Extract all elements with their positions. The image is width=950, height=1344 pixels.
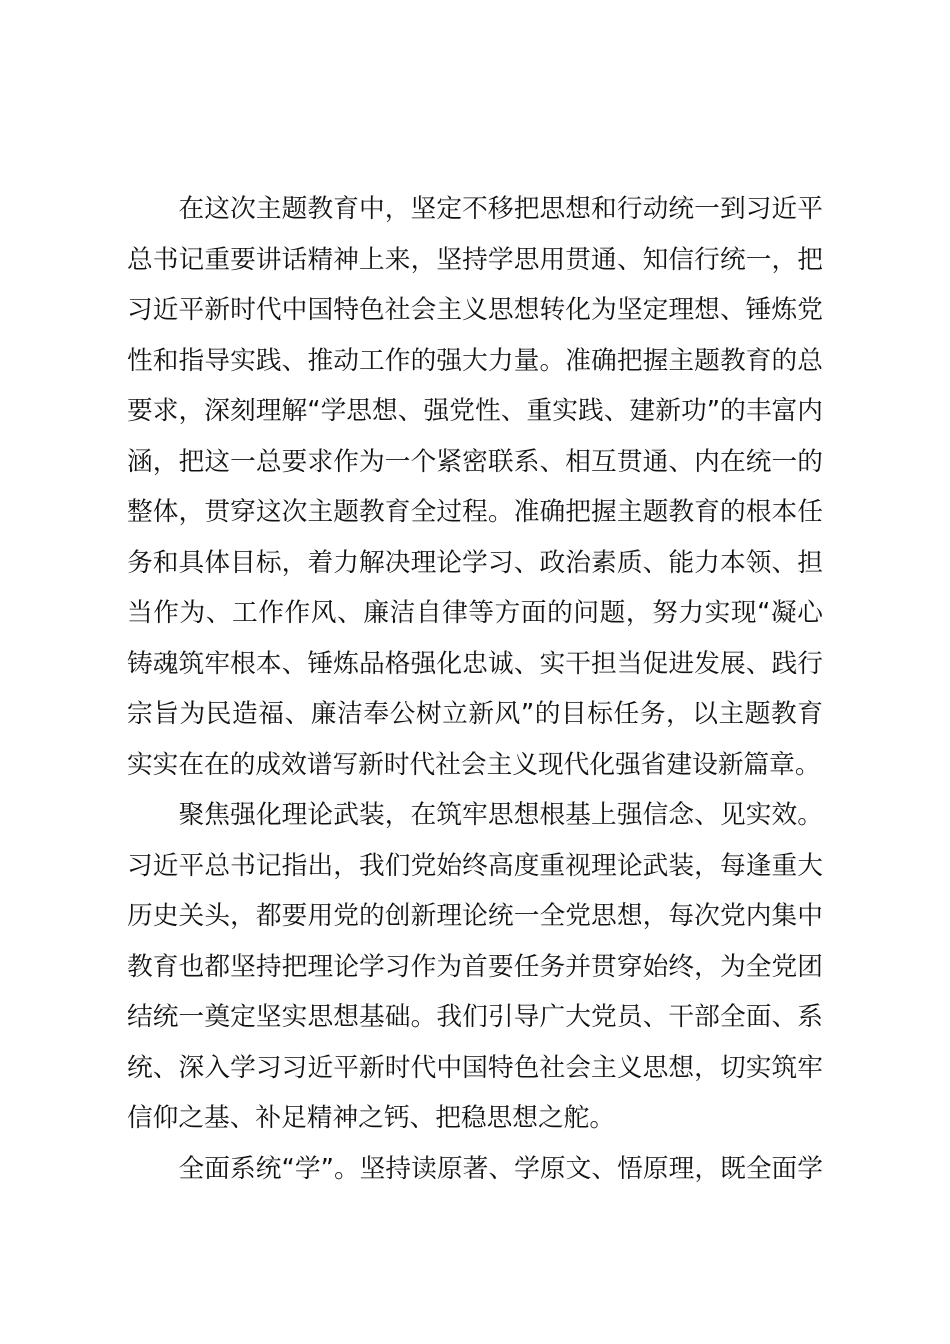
text-line: 历史关头，都要用党的创新理论统一全党思想，每次党内集中 <box>127 891 823 942</box>
text-line: 要求，深刻理解“学思想、强党性、重实践、建新功”的丰富内 <box>127 386 823 437</box>
text-line: 总书记重要讲话精神上来，坚持学思用贯通、知信行统一，把 <box>127 235 823 286</box>
text-line: 性和指导实践、推动工作的强大力量。准确把握主题教育的总 <box>127 336 823 387</box>
text-line: 涵，把这一总要求作为一个紧密联系、相互贯通、内在统一的 <box>127 437 823 488</box>
paragraph-theme-education: 在这次主题教育中，坚定不移把思想和行动统一到习近平 总书记重要讲话精神上来，坚持… <box>127 184 823 790</box>
text-line: 实实在在的成效谱写新时代社会主义现代化强省建设新篇章。 <box>127 740 823 791</box>
document-body: 在这次主题教育中，坚定不移把思想和行动统一到习近平 总书记重要讲话精神上来，坚持… <box>127 184 823 1194</box>
text-line: 习近平总书记指出，我们党始终高度重视理论武装，每逢重大 <box>127 841 823 892</box>
text-line: 在这次主题教育中，坚定不移把思想和行动统一到习近平 <box>127 184 823 235</box>
text-line: 习近平新时代中国特色社会主义思想转化为坚定理想、锤炼党 <box>127 285 823 336</box>
text-line: 信仰之基、补足精神之钙、把稳思想之舵。 <box>127 1093 823 1144</box>
text-line: 教育也都坚持把理论学习作为首要任务并贯穿始终，为全党团 <box>127 942 823 993</box>
text-line: 当作为、工作作风、廉洁自律等方面的问题，努力实现“凝心 <box>127 588 823 639</box>
paragraph-theory-armament: 聚焦强化理论武装，在筑牢思想根基上强信念、见实效。 习近平总书记指出，我们党始终… <box>127 790 823 1144</box>
text-line: 务和具体目标，着力解决理论学习、政治素质、能力本领、担 <box>127 538 823 589</box>
document-page: 在这次主题教育中，坚定不移把思想和行动统一到习近平 总书记重要讲话精神上来，坚持… <box>0 0 950 1344</box>
text-line: 统、深入学习习近平新时代中国特色社会主义思想，切实筑牢 <box>127 1043 823 1094</box>
text-line: 铸魂筑牢根本、锤炼品格强化忠诚、实干担当促进发展、践行 <box>127 639 823 690</box>
text-line: 全面系统“学”。坚持读原著、学原文、悟原理，既全面学 <box>127 1144 823 1195</box>
text-line: 聚焦强化理论武装，在筑牢思想根基上强信念、见实效。 <box>127 790 823 841</box>
text-line: 整体，贯穿这次主题教育全过程。准确把握主题教育的根本任 <box>127 487 823 538</box>
text-line: 结统一奠定坚实思想基础。我们引导广大党员、干部全面、系 <box>127 992 823 1043</box>
text-line: 宗旨为民造福、廉洁奉公树立新风”的目标任务，以主题教育 <box>127 689 823 740</box>
paragraph-comprehensive-study: 全面系统“学”。坚持读原著、学原文、悟原理，既全面学 <box>127 1144 823 1195</box>
